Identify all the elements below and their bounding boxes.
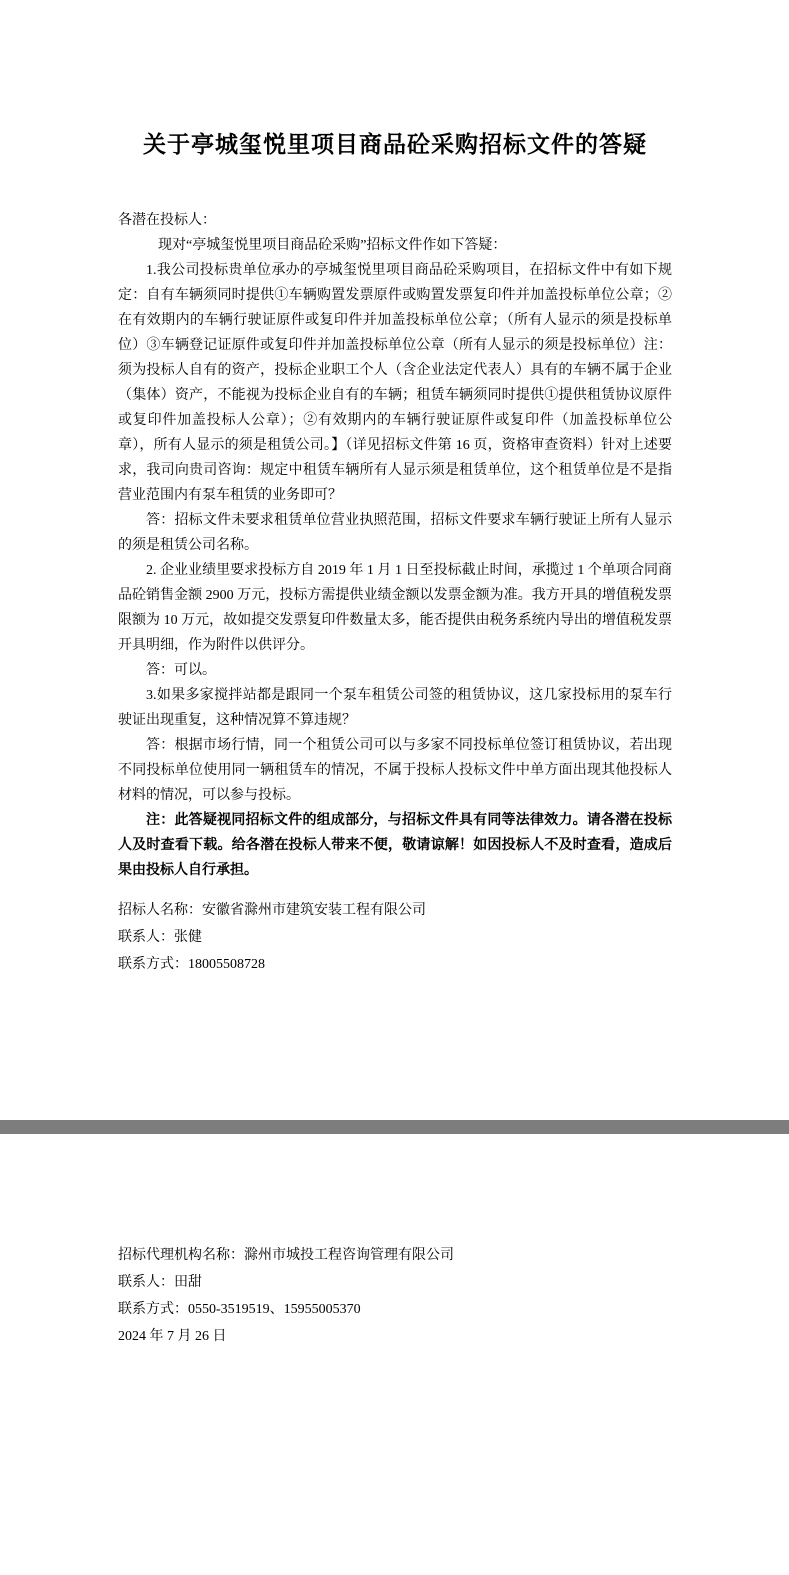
question-2: 2. 企业业绩里要求投标方自 2019 年 1 月 1 日至投标截止时间，承揽过… <box>118 558 672 658</box>
question-3: 3.如果多家搅拌站都是跟同一个泵车租赁公司签的租赁协议，这几家投标用的泵车行驶证… <box>118 683 672 733</box>
date-line: 2024 年 7 月 26 日 <box>118 1323 672 1350</box>
intro-line: 现对“亭城玺悦里项目商品砼采购”招标文件作如下答疑： <box>118 233 672 258</box>
document-page-2: 招标代理机构名称：滁州市城投工程咨询管理有限公司 联系人：田甜 联系方式：055… <box>0 1134 789 1575</box>
tenderer-contact-block: 招标人名称：安徽省滁州市建筑安装工程有限公司 联系人：张健 联系方式：18005… <box>118 897 672 978</box>
page-break-divider <box>0 1120 789 1134</box>
legal-note: 注：此答疑视同招标文件的组成部分，与招标文件具有同等法律效力。请各潜在投标人及时… <box>118 808 672 883</box>
answer-2: 答：可以。 <box>118 658 672 683</box>
page-title: 关于亭城玺悦里项目商品砼采购招标文件的答疑 <box>118 128 672 162</box>
agency-name-line: 招标代理机构名称：滁州市城投工程咨询管理有限公司 <box>118 1242 672 1269</box>
tenderer-phone-line: 联系方式：18005508728 <box>118 951 672 978</box>
tenderer-contact-line: 联系人：张健 <box>118 924 672 951</box>
question-1: 1.我公司投标贵单位承办的亭城玺悦里项目商品砼采购项目，在招标文件中有如下规定：… <box>118 258 672 508</box>
answer-1: 答：招标文件未要求租赁单位营业执照范围，招标文件要求车辆行驶证上所有人显示的须是… <box>118 508 672 558</box>
answer-3: 答：根据市场行情，同一个租赁公司可以与多家不同投标单位签订租赁协议，若出现不同投… <box>118 733 672 808</box>
agency-phone-line: 联系方式：0550-3519519、15955005370 <box>118 1296 672 1323</box>
tenderer-name-line: 招标人名称：安徽省滁州市建筑安装工程有限公司 <box>118 897 672 924</box>
salutation-line: 各潜在投标人： <box>118 208 672 233</box>
agency-contact-line: 联系人：田甜 <box>118 1269 672 1296</box>
document-page-1: 关于亭城玺悦里项目商品砼采购招标文件的答疑 各潜在投标人： 现对“亭城玺悦里项目… <box>0 0 789 1120</box>
